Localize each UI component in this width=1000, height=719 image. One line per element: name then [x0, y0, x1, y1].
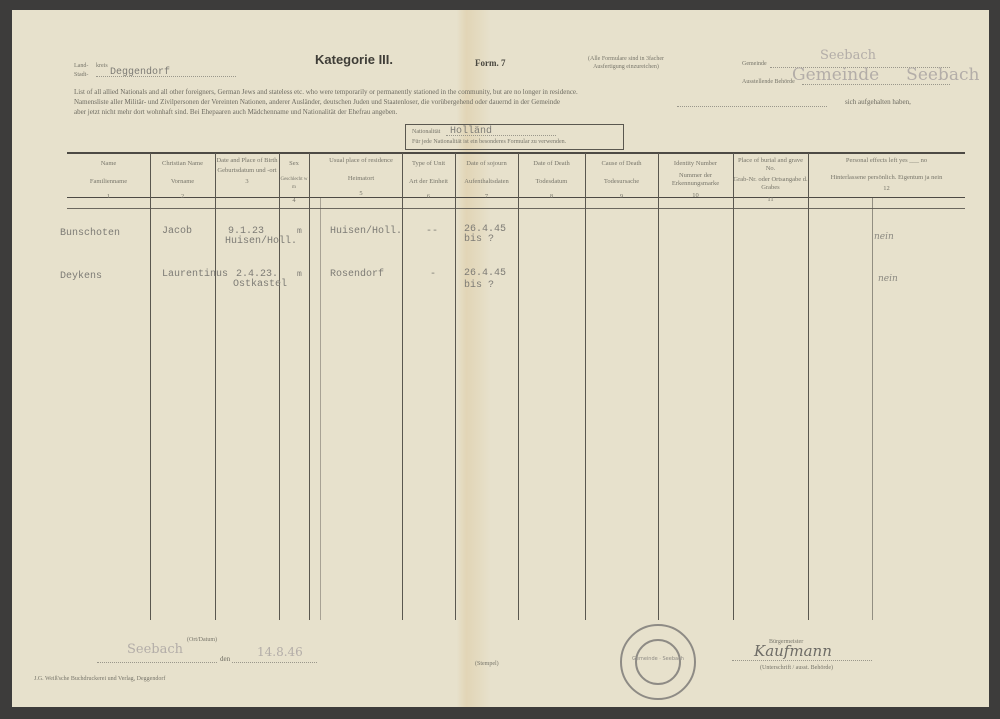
- form-label: Form. 7: [475, 58, 506, 68]
- col-header-1: Name Familienname 1: [67, 160, 150, 201]
- col-subdivider: [320, 198, 321, 620]
- col-header-num: 5: [320, 190, 402, 198]
- col-divider: [309, 153, 310, 620]
- col-header-11: Place of burial and grave No. Grab-Nr. o…: [733, 157, 808, 204]
- col-header-9: Cause of Death Todesursache 9: [585, 160, 658, 201]
- cell-birth-place: Huisen/Holl.: [225, 236, 297, 247]
- col-header-2: Christian Name Vorname 2: [150, 160, 215, 201]
- col-header-7: Date of sojourn Aufenthaltsdaten 7: [455, 160, 518, 201]
- signature-caption: (Unterschrift / ausst. Behörde): [760, 664, 833, 672]
- printer-note: J.G. Weiß'sche Buchdruckerei und Verlag,…: [34, 675, 165, 683]
- nationality-note: Für jede Nationalität ist ein besonderes…: [412, 138, 566, 146]
- col-header-num: 7: [455, 193, 518, 201]
- signature-underline: [732, 660, 872, 661]
- col-header-en: Usual place of residence: [320, 157, 402, 165]
- col-header-de: Todesursache: [585, 178, 658, 186]
- seal-stamp: Gemeinde · Seebach: [620, 624, 696, 700]
- cell-residence: Rosendorf: [330, 269, 384, 280]
- col-divider: [215, 153, 216, 620]
- col-header-de: Familienname: [67, 178, 150, 186]
- col-header-de: Art der Einheit: [402, 178, 455, 186]
- col-header-num: 12: [808, 185, 965, 193]
- table-top-rule: [67, 152, 965, 154]
- intro-line-1: List of all allied Nationals and all oth…: [74, 88, 924, 97]
- cell-unit-type: --: [426, 226, 438, 237]
- kreis-value: Deggendorf: [110, 67, 170, 78]
- col-divider: [518, 153, 519, 620]
- col-header-num: 1: [67, 193, 150, 201]
- place-caption: (Ort/Datum): [187, 636, 217, 644]
- table-number-rule: [67, 208, 965, 209]
- col-header-en: Type of Unit: [402, 160, 455, 168]
- col-divider: [733, 153, 734, 620]
- col-header-de: Heimatort: [320, 175, 402, 183]
- col-header-en: Name: [67, 160, 150, 168]
- date-underline: [232, 662, 317, 663]
- col-header-num: 10: [658, 192, 733, 200]
- ausstellende-label: Ausstellende Behörde: [742, 78, 795, 86]
- cell-first-name: Laurentinus: [162, 269, 228, 280]
- col-divider: [279, 153, 280, 620]
- col-header-12: Personal effects left yes ___ no Hinterl…: [808, 157, 965, 193]
- col-header-en: Sex: [279, 160, 309, 168]
- document-page: Land- Stadt- kreis Deggendorf Kategorie …: [12, 10, 989, 707]
- intro-line-2-end: sich aufgehalten haben,: [845, 98, 911, 107]
- copy-note-line1: (Alle Formulare sind in 3facher: [588, 55, 664, 63]
- col-header-6: Type of Unit Art der Einheit 6: [402, 160, 455, 201]
- col-header-en: Cause of Death: [585, 160, 658, 168]
- col-header-num: 9: [585, 193, 658, 201]
- place-stamp: Seebach: [127, 642, 183, 657]
- cell-sex: m: [297, 269, 302, 280]
- ausstellende-stamp: Gemeinde Seebach: [792, 65, 979, 85]
- col-header-de: Todesdatum: [518, 178, 585, 186]
- place-underline: [97, 662, 217, 663]
- col-divider: [658, 153, 659, 620]
- copy-note: (Alle Formulare sind in 3facher Ausferti…: [588, 55, 664, 71]
- cell-surname: Deykens: [60, 271, 102, 282]
- col-divider: [455, 153, 456, 620]
- col-header-de: Geburtsdatum und -ort: [215, 167, 279, 175]
- cell-residence: Huisen/Holl.: [330, 226, 402, 237]
- col-header-en: Date and Place of Birth: [215, 157, 279, 165]
- col-header-de: Geschlecht w m: [279, 176, 309, 192]
- nationality-value: Holländ: [450, 126, 492, 137]
- col-divider: [402, 153, 403, 620]
- category-title: Kategorie III.: [315, 52, 393, 67]
- col-header-en: Christian Name: [150, 160, 215, 168]
- col-divider: [585, 153, 586, 620]
- cell-first-name: Jacob: [162, 226, 192, 237]
- gemeinde-stamp: Seebach: [820, 48, 876, 63]
- col-header-4: Sex Geschlecht w m 4: [279, 160, 309, 205]
- col-header-num: 4: [279, 197, 309, 205]
- cell-sex: m: [297, 226, 302, 237]
- col-header-num: 2: [150, 193, 215, 201]
- col-header-en: Personal effects left yes ___ no: [808, 157, 965, 165]
- cell-sojourn-from: 26.4.45: [464, 268, 506, 279]
- col-header-en: Date of Death: [518, 160, 585, 168]
- col-divider: [150, 153, 151, 620]
- col-header-de: Nummer der Erkennungsmarke: [658, 172, 733, 188]
- cell-effects: nein: [878, 274, 898, 284]
- col-divider: [808, 153, 809, 620]
- col-subdivider: [872, 198, 873, 620]
- intro-line-2: Namensliste aller Militär- und Zivilpers…: [74, 98, 674, 107]
- cell-birth-place: Ostkastel: [233, 279, 287, 290]
- cell-sojourn-to: bis ?: [464, 234, 494, 245]
- col-header-10: Identity Number Nummer der Erkennungsmar…: [658, 160, 733, 200]
- col-header-num: 6: [402, 193, 455, 201]
- den-label: den: [220, 655, 230, 664]
- nationality-label: Nationalität: [412, 128, 440, 136]
- col-header-5: Usual place of residence Heimatort 5: [320, 157, 402, 198]
- land-label: Land-: [74, 62, 88, 70]
- col-header-en: Date of sojourn: [455, 160, 518, 168]
- col-header-num: 11: [733, 196, 808, 204]
- cell-sojourn-to: bis ?: [464, 280, 494, 291]
- cell-surname: Bunschoten: [60, 228, 120, 239]
- col-header-8: Date of Death Todesdatum 8: [518, 160, 585, 201]
- col-header-num: 3: [215, 178, 279, 186]
- col-header-de: Grab-Nr. oder Ortsangabe d. Grabes: [733, 176, 808, 192]
- kreis-label: kreis: [96, 62, 108, 70]
- stadt-label: Stadt-: [74, 71, 88, 79]
- col-header-de: Aufenthaltsdaten: [455, 178, 518, 186]
- col-header-en: Place of burial and grave No.: [733, 157, 808, 173]
- col-header-de: Vorname: [150, 178, 215, 186]
- cell-effects: nein: [874, 232, 894, 242]
- nationality-box: Nationalität Holländ Für jede Nationalit…: [405, 124, 624, 150]
- date-stamp: 14.8.46: [257, 645, 303, 659]
- gemeinde-label: Gemeinde: [742, 60, 767, 68]
- seal-text: Gemeinde · Seebach: [622, 656, 694, 662]
- col-header-3: Date and Place of Birth Geburtsdatum und…: [215, 157, 279, 186]
- copy-note-line2: Ausfertigung einzureichen): [588, 63, 664, 71]
- stamp-caption: (Stempel): [475, 660, 499, 668]
- signature: Kaufmann: [754, 642, 832, 660]
- col-header-de: Hinterlassene persönlich. Eigentum ja ne…: [808, 174, 965, 182]
- intro-blank: [677, 106, 827, 107]
- intro-line-3: aber jetzt nicht mehr dort wohnhaft sind…: [74, 108, 674, 117]
- cell-unit-type: -: [430, 269, 436, 280]
- seal-inner-ring: [635, 639, 681, 685]
- col-header-en: Identity Number: [658, 160, 733, 168]
- col-header-num: 8: [518, 193, 585, 201]
